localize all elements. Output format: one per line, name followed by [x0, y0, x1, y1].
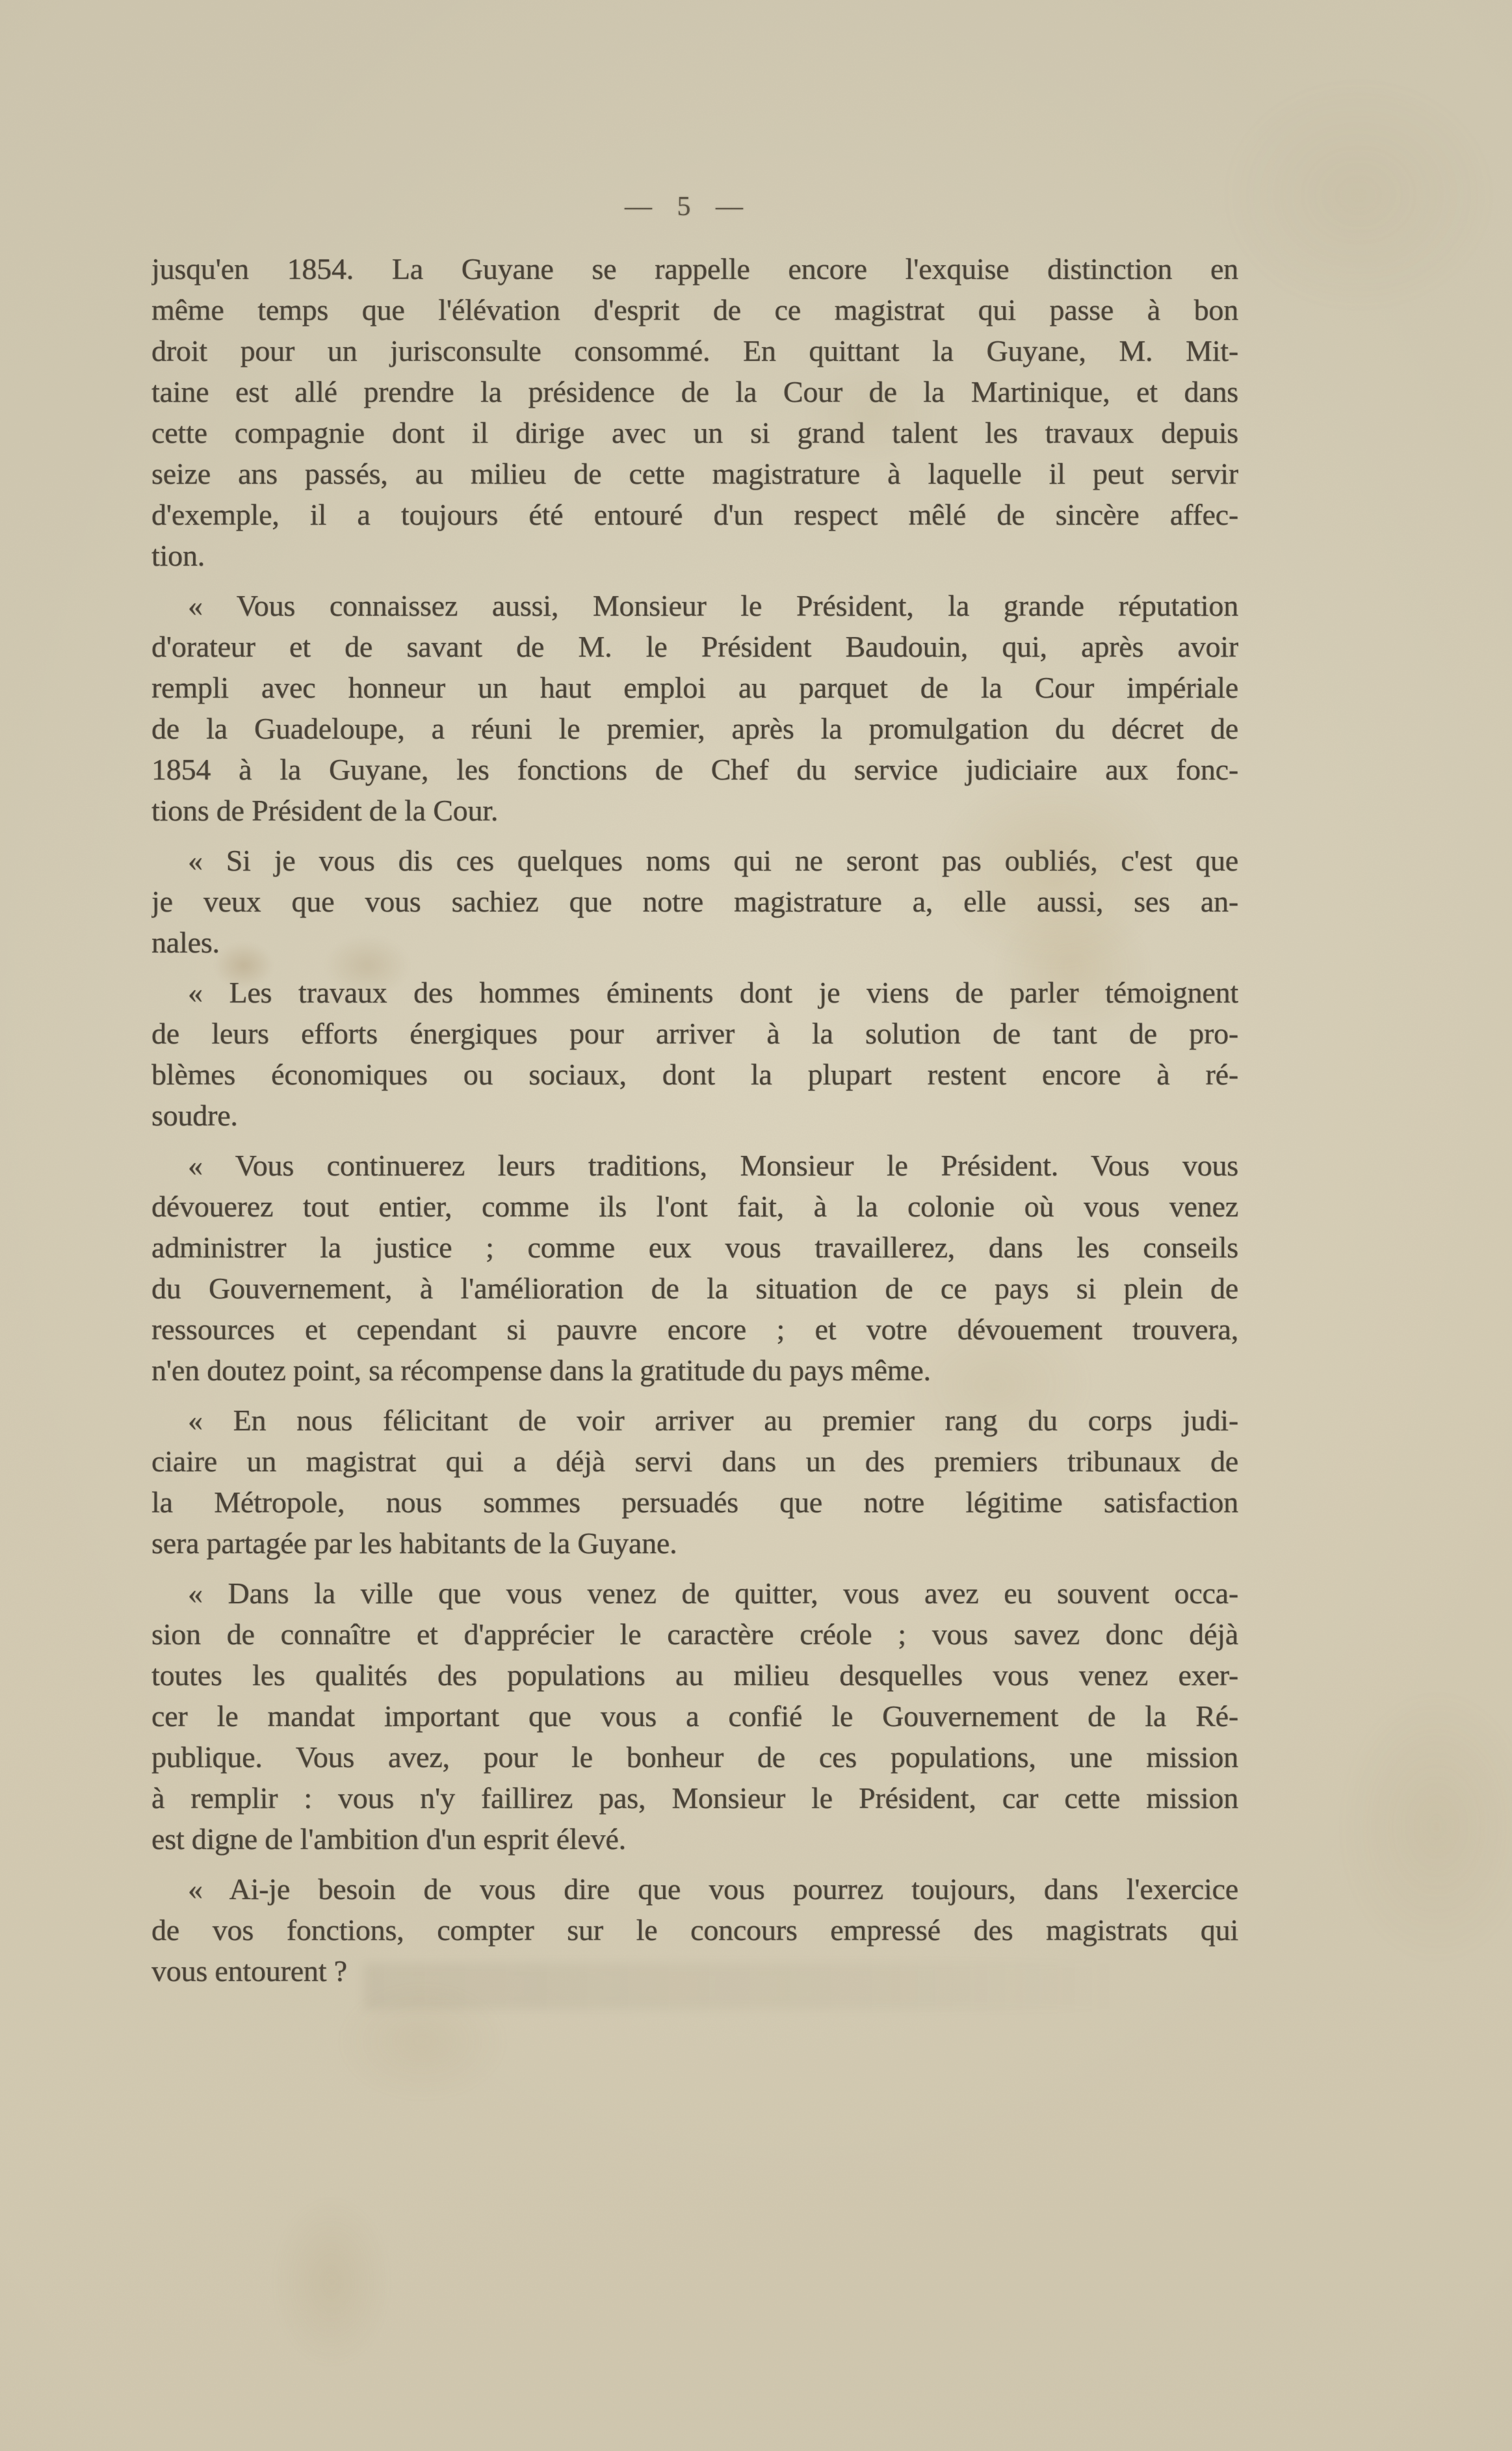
text-line: « Ai-je besoin de vous dire que vous pou…: [151, 1868, 1238, 1909]
text-line: cette compagnie dont il dirige avec un s…: [151, 412, 1238, 453]
text-line: de vos fonctions, compter sur le concour…: [151, 1909, 1238, 1950]
text-line: d'orateur et de savant de M. le Présiden…: [151, 626, 1238, 667]
text-line: n'en doutez point, sa récompense dans la…: [151, 1350, 1238, 1391]
page-number: — 5 —: [151, 187, 1218, 226]
text-line: « Si je vous dis ces quelques noms qui n…: [151, 840, 1238, 881]
text-line: soudre.: [151, 1095, 1238, 1136]
text-line: rempli avec honneur un haut emploi au pa…: [151, 667, 1238, 708]
paragraph: « Les travaux des hommes éminents dont j…: [151, 972, 1238, 1136]
text-line: tions de Président de la Cour.: [151, 790, 1238, 831]
text-line: de la Guadeloupe, a réuni le premier, ap…: [151, 708, 1238, 749]
text-line: tion.: [151, 535, 1238, 576]
text-line: la Métropole, nous sommes persuadés que …: [151, 1482, 1238, 1523]
text-line: même temps que l'élévation d'esprit de c…: [151, 289, 1238, 330]
text-line: « Vous continuerez leurs traditions, Mon…: [151, 1145, 1238, 1186]
text-line: ressources et cependant si pauvre encore…: [151, 1309, 1238, 1350]
paper-stain: [273, 2197, 390, 2366]
text-line: nales.: [151, 922, 1238, 963]
paragraph: « Dans la ville que vous venez de quitte…: [151, 1573, 1238, 1859]
paragraph: jusqu'en 1854. La Guyane se rappelle enc…: [151, 248, 1238, 576]
paragraph: « Vous connaissez aussi, Monsieur le Pré…: [151, 585, 1238, 831]
paragraph: « Vous continuerez leurs traditions, Mon…: [151, 1145, 1238, 1391]
text-line: seize ans passés, au milieu de cette mag…: [151, 453, 1238, 494]
text-line: blèmes économiques ou sociaux, dont la p…: [151, 1054, 1238, 1095]
paper-stain: [1339, 1690, 1512, 1963]
text-line: « Vous connaissez aussi, Monsieur le Pré…: [151, 585, 1238, 626]
text-line: d'exemple, il a toujours été entouré d'u…: [151, 494, 1238, 535]
text-line: droit pour un jurisconsulte consommé. En…: [151, 330, 1238, 371]
text-line: est digne de l'ambition d'un esprit élev…: [151, 1818, 1238, 1859]
paragraph: « Ai-je besoin de vous dire que vous pou…: [151, 1868, 1238, 1991]
text-block: jusqu'en 1854. La Guyane se rappelle enc…: [151, 248, 1238, 1991]
text-line: publique. Vous avez, pour le bonheur de …: [151, 1737, 1238, 1777]
text-line: ciaire un magistrat qui a déjà servi dan…: [151, 1441, 1238, 1482]
text-line: « Dans la ville que vous venez de quitte…: [151, 1573, 1238, 1614]
scanned-page: — 5 — jusqu'en 1854. La Guyane se rappel…: [0, 0, 1512, 2451]
text-line: à remplir : vous n'y faillirez pas, Mons…: [151, 1777, 1238, 1818]
text-line: sera partagée par les habitants de la Gu…: [151, 1523, 1238, 1564]
paragraph: « Si je vous dis ces quelques noms qui n…: [151, 840, 1238, 963]
text-line: du Gouvernement, à l'amélioration de la …: [151, 1268, 1238, 1309]
text-line: dévouerez tout entier, comme ils l'ont f…: [151, 1186, 1238, 1227]
text-line: vous entourent ?: [151, 1950, 1238, 1991]
text-line: « Les travaux des hommes éminents dont j…: [151, 972, 1238, 1013]
text-line: « En nous félicitant de voir arriver au …: [151, 1400, 1238, 1441]
text-line: administrer la justice ; comme eux vous …: [151, 1227, 1238, 1268]
text-line: 1854 à la Guyane, les fonctions de Chef …: [151, 749, 1238, 790]
paper-stain: [338, 1983, 507, 2100]
paragraph: « En nous félicitant de voir arriver au …: [151, 1400, 1238, 1564]
text-line: je veux que vous sachiez que notre magis…: [151, 881, 1238, 922]
text-line: sion de connaître et d'apprécier le cara…: [151, 1614, 1238, 1655]
text-line: taine est allé prendre la présidence de …: [151, 371, 1238, 412]
text-line: de leurs efforts énergiques pour arriver…: [151, 1013, 1238, 1054]
paper-stain: [1222, 78, 1495, 312]
text-line: cer le mandat important que vous a confi…: [151, 1696, 1238, 1737]
text-line: jusqu'en 1854. La Guyane se rappelle enc…: [151, 248, 1238, 289]
text-line: toutes les qualités des populations au m…: [151, 1655, 1238, 1696]
